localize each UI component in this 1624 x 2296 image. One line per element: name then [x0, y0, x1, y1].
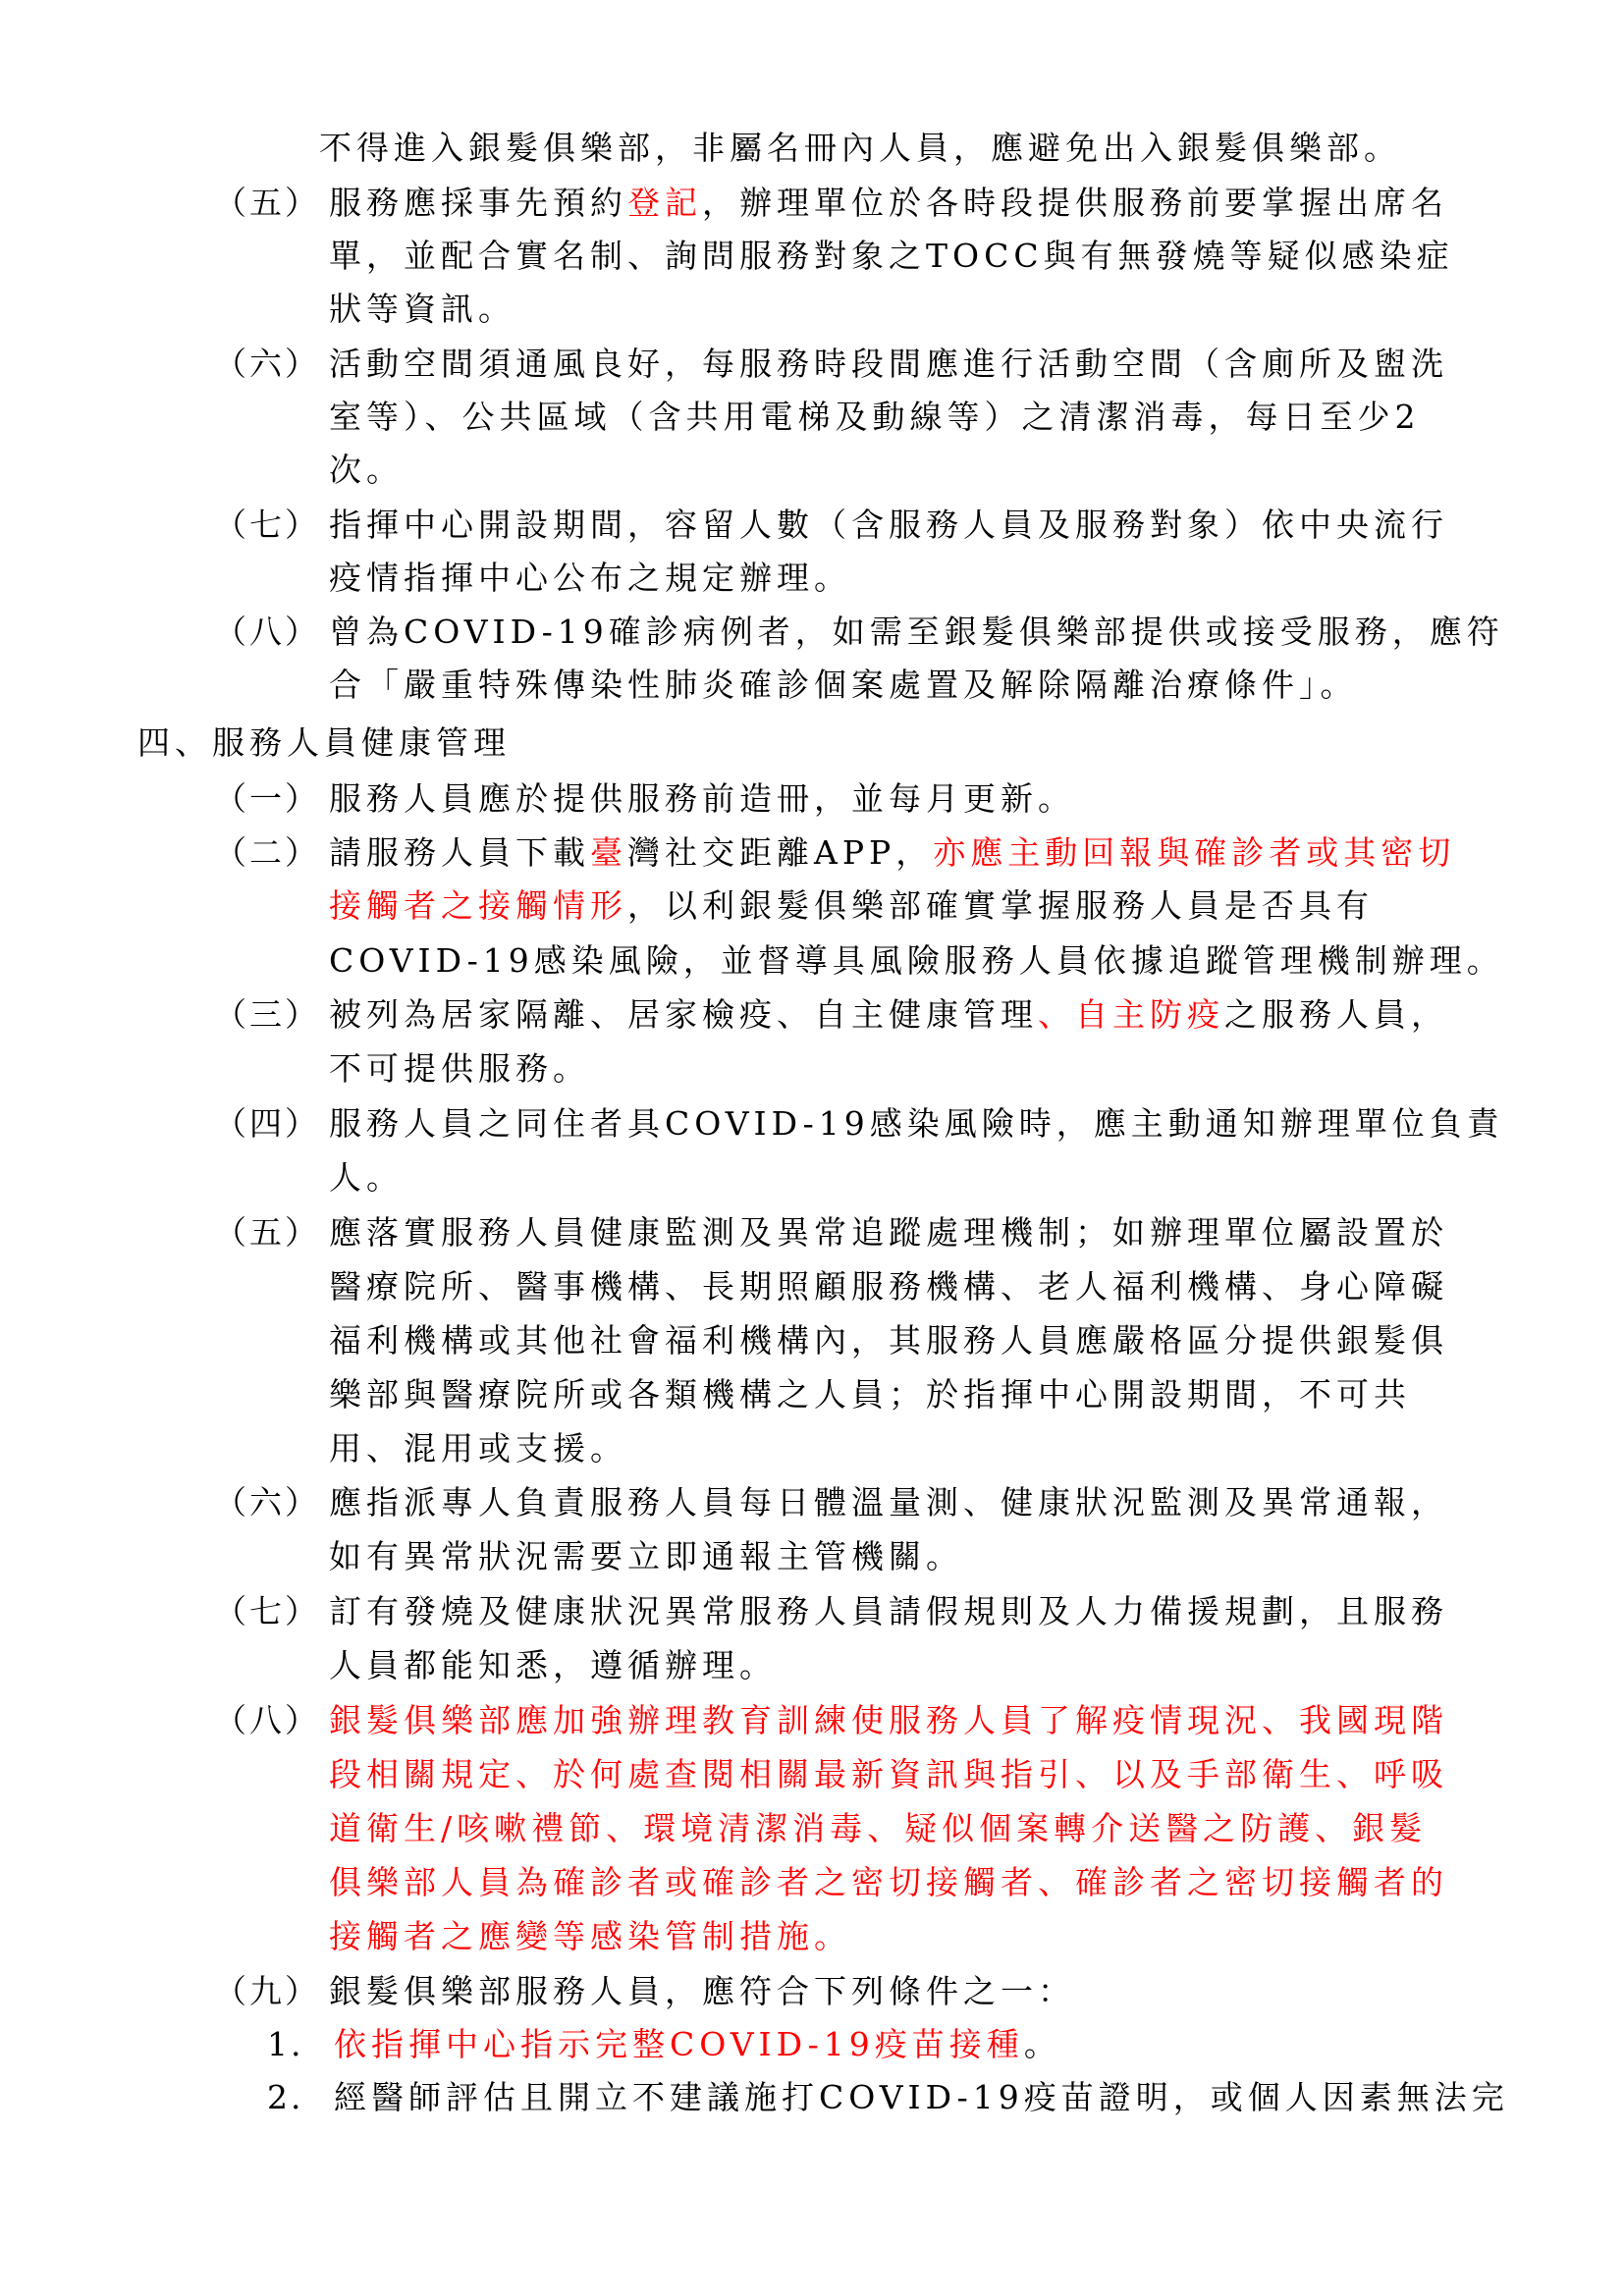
- body-text: 請服務人員下載: [329, 833, 590, 872]
- list-marker: （五）: [214, 1213, 320, 1253]
- highlighted-text: 依指揮中心指示完整COVID-19疫苗接種: [334, 2025, 1024, 2063]
- body-text: 人。: [329, 1158, 404, 1197]
- text-line: 服務人員之同住者具COVID-19感染風險時，應主動通知辦理單位負責: [329, 1104, 1504, 1144]
- text-line: 樂部與醫療院所或各類機構之人員；於指揮中心開設期間，不可共: [329, 1375, 1411, 1415]
- body-text: 曾為COVID-19確診病例者，如需至銀髮俱樂部提供或接受服務，應符: [329, 613, 1504, 651]
- text-line: 次。: [329, 451, 404, 490]
- highlighted-text: 俱樂部人員為確診者或確診者之密切接觸者、確診者之密切接觸者的: [329, 1863, 1448, 1901]
- text-line: 單，並配合實名制、詢問服務對象之TOCC與有無發燒等疑似感染症: [329, 237, 1454, 276]
- body-text: 之服務人員，: [1224, 995, 1448, 1034]
- highlighted-text: 登記: [627, 184, 702, 222]
- body-text: 如有異常狀況需要立即通報主管機關。: [329, 1537, 963, 1575]
- text-line: 不得進入銀髮俱樂部，非屬名冊內人員，應避免出入銀髮俱樂部。: [319, 129, 1401, 168]
- text-line: 醫療院所、醫事機構、長期照顧服務機構、老人福利機構、身心障礙: [329, 1267, 1448, 1307]
- text-line: 道衛生/咳嗽禮節、環境清潔消毒、疑似個案轉介送醫之防護、銀髮: [329, 1809, 1427, 1848]
- body-text: 室等）、公共區域（含共用電梯及動線等）之清潔消毒，每日至少2: [329, 398, 1421, 436]
- text-line: 銀髮俱樂部應加強辦理教育訓練使服務人員了解疫情現況、我國現階: [329, 1701, 1448, 1740]
- body-text: 應落實服務人員健康監測及異常追蹤處理機制；如辦理單位屬設置於: [329, 1213, 1448, 1252]
- text-line: COVID-19感染風險，並督導具風險服務人員依據追蹤管理機制辦理。: [329, 941, 1504, 981]
- body-text: 。: [1024, 2025, 1061, 2063]
- list-marker: （八）: [214, 1701, 320, 1740]
- text-line: 接觸者之接觸情形，以利銀髮俱樂部確實掌握服務人員是否具有: [329, 886, 1374, 926]
- text-line: 請服務人員下載臺灣社交距離APP，亦應主動回報與確診者或其密切: [329, 833, 1455, 873]
- text-line: 人員都能知悉，遵循辦理。: [329, 1646, 777, 1685]
- text-line: 室等）、公共區域（含共用電梯及動線等）之清潔消毒，每日至少2: [329, 398, 1421, 437]
- text-line: 經醫師評估且開立不建議施打COVID-19疫苗證明，或個人因素無法完: [334, 2078, 1509, 2117]
- text-line: 曾為COVID-19確診病例者，如需至銀髮俱樂部提供或接受服務，應符: [329, 613, 1504, 652]
- body-text: 人員都能知悉，遵循辦理。: [329, 1646, 777, 1684]
- body-text: 單，並配合實名制、詢問服務對象之TOCC與有無發燒等疑似感染症: [329, 237, 1454, 275]
- text-line: 接觸者之應變等感染管制措施。: [329, 1917, 851, 1956]
- text-line: 活動空間須通風良好，每服務時段間應進行活動空間（含廁所及盥洗: [329, 345, 1448, 384]
- body-text: 樂部與醫療院所或各類機構之人員；於指揮中心開設期間，不可共: [329, 1375, 1411, 1414]
- body-text: 灣社交距離APP，: [627, 833, 933, 872]
- body-text: 銀髮俱樂部服務人員，應符合下列條件之一：: [329, 1972, 1075, 2010]
- highlighted-text: 銀髮俱樂部應加強辦理教育訓練使服務人員了解疫情現況、我國現階: [329, 1701, 1448, 1739]
- document-page: 不得進入銀髮俱樂部，非屬名冊內人員，應避免出入銀髮俱樂部。（五）服務應採事先預約…: [0, 0, 1624, 2296]
- list-marker: （九）: [214, 1972, 320, 2011]
- highlighted-text: 段相關規定、於何處查閱相關最新資訊與指引、以及手部衛生、呼吸: [329, 1755, 1448, 1793]
- body-text: 服務人員應於提供服務前造冊，並每月更新。: [329, 779, 1075, 818]
- body-text: 用、混用或支援。: [329, 1429, 627, 1468]
- highlighted-text: 接觸者之應變等感染管制措施。: [329, 1917, 851, 1955]
- body-text: 服務應採事先預約: [329, 184, 627, 222]
- list-marker: 2.: [267, 2078, 304, 2117]
- text-line: 段相關規定、於何處查閱相關最新資訊與指引、以及手部衛生、呼吸: [329, 1755, 1448, 1794]
- body-text: 活動空間須通風良好，每服務時段間應進行活動空間（含廁所及盥洗: [329, 345, 1448, 383]
- highlighted-text: 道衛生/咳嗽禮節、環境清潔消毒、疑似個案轉介送醫之防護、銀髮: [329, 1809, 1427, 1847]
- body-text: 指揮中心開設期間，容留人數（含服務人員及服務對象）依中央流行: [329, 506, 1448, 544]
- body-text: 不可提供服務。: [329, 1049, 590, 1088]
- text-line: 服務應採事先預約登記，辦理單位於各時段提供服務前要掌握出席名: [329, 184, 1448, 223]
- body-text: 不得進入銀髮俱樂部，非屬名冊內人員，應避免出入銀髮俱樂部。: [319, 129, 1401, 167]
- list-marker: （一）: [214, 779, 320, 819]
- highlighted-text: 臺: [590, 833, 627, 872]
- body-text: ，以利銀髮俱樂部確實掌握服務人員是否具有: [627, 886, 1374, 925]
- list-marker: （三）: [214, 995, 320, 1035]
- body-text: 四、服務人員健康管理: [137, 723, 511, 762]
- text-line: 福利機構或其他社會福利機構內，其服務人員應嚴格區分提供銀髮俱: [329, 1321, 1448, 1361]
- text-line: 銀髮俱樂部服務人員，應符合下列條件之一：: [329, 1972, 1075, 2011]
- text-line: 不可提供服務。: [329, 1049, 590, 1089]
- list-marker: （四）: [214, 1104, 320, 1144]
- body-text: COVID-19感染風險，並督導具風險服務人員依據追蹤管理機制辦理。: [329, 941, 1504, 980]
- text-line: 訂有發燒及健康狀況異常服務人員請假規則及人力備援規劃，且服務: [329, 1592, 1448, 1631]
- text-line: 指揮中心開設期間，容留人數（含服務人員及服務對象）依中央流行: [329, 506, 1448, 545]
- body-text: 合「嚴重特殊傳染性肺炎確診個案處置及解除隔離治療條件」。: [329, 666, 1358, 704]
- list-marker: （八）: [214, 613, 320, 652]
- list-marker: （六）: [214, 1483, 320, 1522]
- body-text: 次。: [329, 451, 404, 489]
- list-marker: （五）: [214, 184, 320, 223]
- body-text: 應指派專人負責服務人員每日體溫量測、健康狀況監測及異常通報，: [329, 1483, 1448, 1522]
- body-text: 醫療院所、醫事機構、長期照顧服務機構、老人福利機構、身心障礙: [329, 1267, 1448, 1306]
- text-line: 合「嚴重特殊傳染性肺炎確診個案處置及解除隔離治療條件」。: [329, 666, 1358, 705]
- highlighted-text: 、自主防疫: [1038, 995, 1224, 1034]
- text-line: 依指揮中心指示完整COVID-19疫苗接種。: [334, 2025, 1061, 2064]
- text-line: 應落實服務人員健康監測及異常追蹤處理機制；如辦理單位屬設置於: [329, 1213, 1448, 1253]
- text-line: 應指派專人負責服務人員每日體溫量測、健康狀況監測及異常通報，: [329, 1483, 1448, 1522]
- text-line: 用、混用或支援。: [329, 1429, 627, 1468]
- body-text: 被列為居家隔離、居家檢疫、自主健康管理: [329, 995, 1038, 1034]
- text-line: 被列為居家隔離、居家檢疫、自主健康管理、自主防疫之服務人員，: [329, 995, 1448, 1035]
- list-marker: （七）: [214, 1592, 320, 1631]
- text-line: 服務人員應於提供服務前造冊，並每月更新。: [329, 779, 1075, 819]
- highlighted-text: 亦應主動回報與確診者或其密切: [933, 833, 1455, 872]
- body-text: 訂有發燒及健康狀況異常服務人員請假規則及人力備援規劃，且服務: [329, 1592, 1448, 1630]
- body-text: 服務人員之同住者具COVID-19感染風險時，應主動通知辦理單位負責: [329, 1104, 1504, 1143]
- body-text: 狀等資訊。: [329, 290, 515, 328]
- text-line: 狀等資訊。: [329, 290, 515, 329]
- text-line: 四、服務人員健康管理: [137, 723, 511, 763]
- list-marker: 1.: [267, 2025, 304, 2064]
- highlighted-text: 接觸者之接觸情形: [329, 886, 627, 925]
- text-line: 俱樂部人員為確診者或確診者之密切接觸者、確診者之密切接觸者的: [329, 1863, 1448, 1902]
- text-line: 如有異常狀況需要立即通報主管機關。: [329, 1537, 963, 1576]
- body-text: 疫情指揮中心公布之規定辦理。: [329, 559, 851, 597]
- list-marker: （六）: [214, 345, 320, 384]
- body-text: ，辦理單位於各時段提供服務前要掌握出席名: [702, 184, 1448, 222]
- list-marker: （七）: [214, 506, 320, 545]
- list-marker: （二）: [214, 833, 320, 873]
- text-line: 疫情指揮中心公布之規定辦理。: [329, 559, 851, 598]
- body-text: 福利機構或其他社會福利機構內，其服務人員應嚴格區分提供銀髮俱: [329, 1321, 1448, 1360]
- body-text: 經醫師評估且開立不建議施打COVID-19疫苗證明，或個人因素無法完: [334, 2078, 1509, 2116]
- text-line: 人。: [329, 1158, 404, 1198]
